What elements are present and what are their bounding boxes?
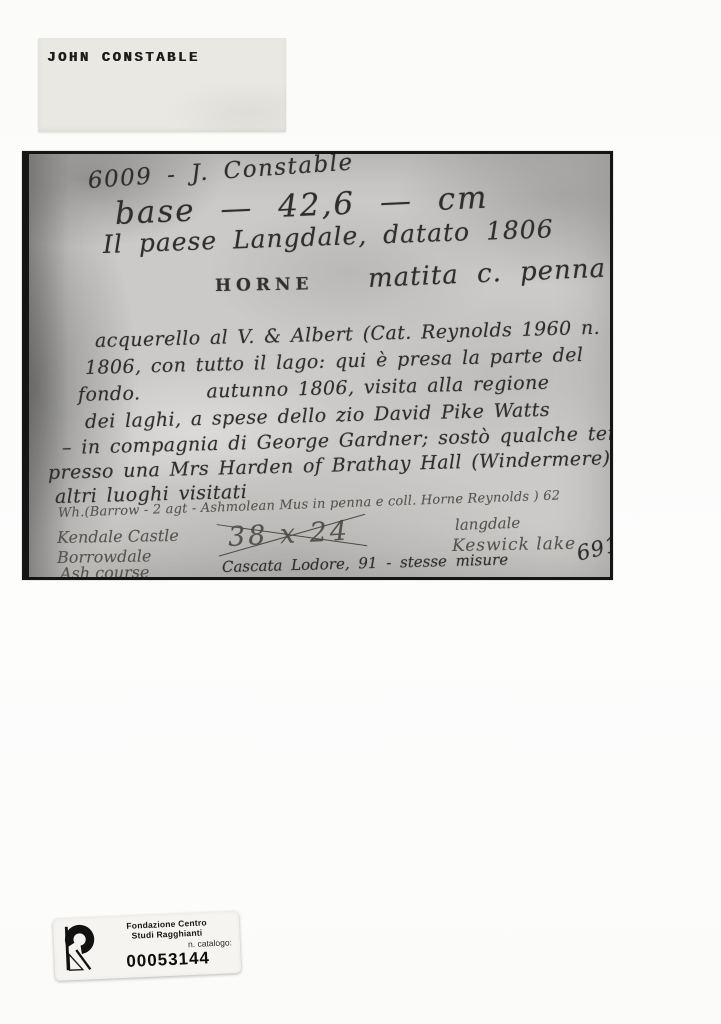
ragghianti-r-logo-icon <box>61 923 97 974</box>
place-kendale-castle: Kendale Castle <box>57 526 179 547</box>
artist-label-strip: JOHN CONSTABLE <box>38 38 286 132</box>
medium-annotation: matita c. penna <box>367 254 606 294</box>
catalog-number-sticker: Fondazione Centro Studi Ragghianti n. ca… <box>53 911 242 981</box>
place-langdale: langdale <box>455 514 521 534</box>
catalog-number: 00053144 <box>103 948 233 973</box>
horne-annotation: HORNE <box>215 274 314 296</box>
cascata-lodore-note: Cascata Lodore, 91 - stesse misure <box>222 551 509 576</box>
crossed-out-dimensions: 38 x 24 <box>227 516 351 553</box>
artist-name: JOHN CONSTABLE <box>47 50 200 66</box>
scanned-page: JOHN CONSTABLE 6009 - J. Constable base … <box>0 0 721 1024</box>
catalog-card: 6009 - J. Constable base — 42,6 — cm Il … <box>22 151 613 580</box>
sticker-text-block: Fondazione Centro Studi Ragghianti n. ca… <box>102 917 233 972</box>
place-ash-course: Ash course <box>60 562 150 580</box>
corner-number: 6918 <box>574 528 613 565</box>
